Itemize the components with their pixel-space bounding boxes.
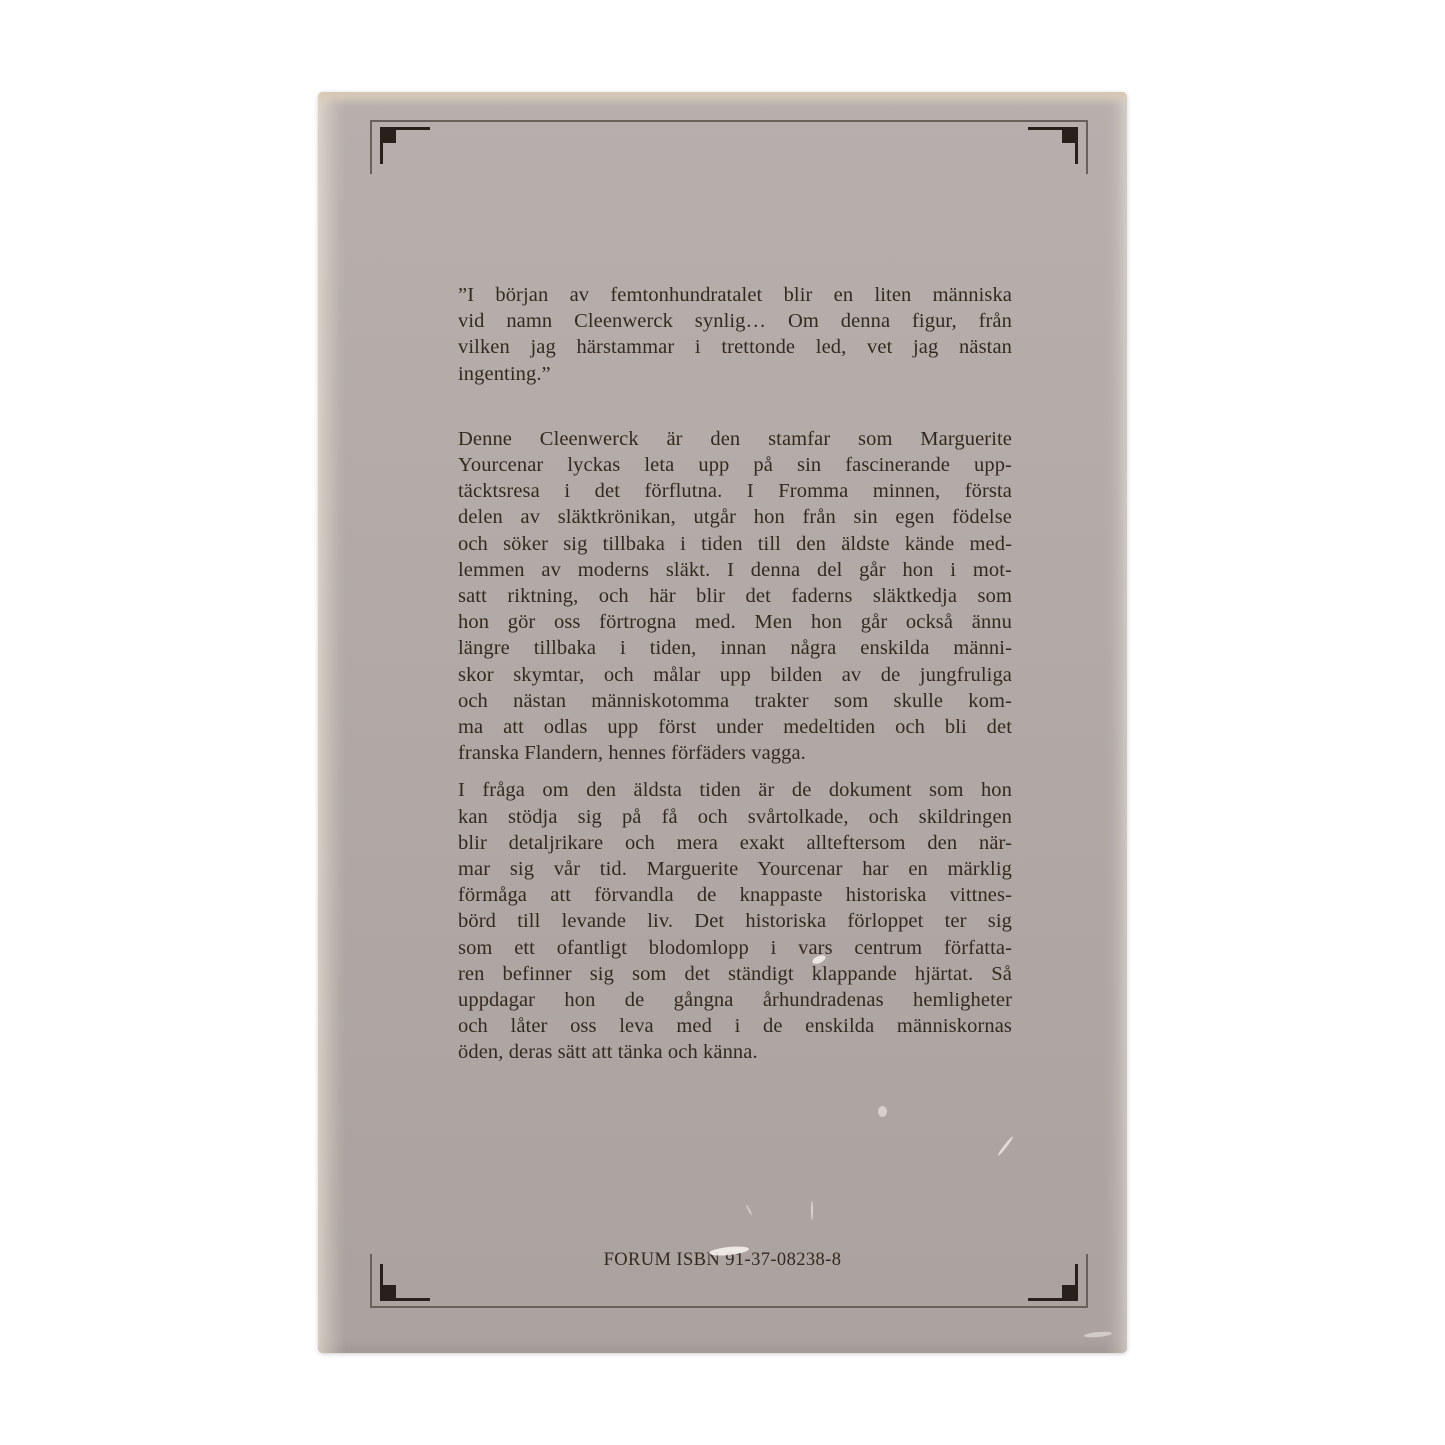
corner-stroke-horizontal xyxy=(1028,127,1062,130)
text-line: I fråga om den äldsta tiden är de dokume… xyxy=(458,777,1012,803)
text-line: ren befinner sig som det ständigt klappa… xyxy=(458,961,1012,987)
corner-stroke-vertical xyxy=(380,143,383,164)
text-line: Yourcenar lyckas leta upp på sin fascine… xyxy=(458,452,1012,478)
text-line: lemmen av moderns släkt. I denna del går… xyxy=(458,557,1012,583)
photo-background: ”I början av femtonhundratalet blir en l… xyxy=(0,0,1445,1445)
text-line: hon gör oss förtrogna med. Men hon går o… xyxy=(458,609,1012,635)
text-line: vid namn Cleenwerck synlig… Om denna fig… xyxy=(458,308,1012,334)
corner-stub-line xyxy=(1086,120,1088,174)
text-line: och låter oss leva med i de enskilda män… xyxy=(458,1013,1012,1039)
text-line: delen av släktkrönikan, utgår hon från s… xyxy=(458,504,1012,530)
text-line: börd till levande liv. Det historiska fö… xyxy=(458,908,1012,934)
frame-top-rule xyxy=(370,120,1088,122)
text-line: som ett ofantligt blodomlopp i vars cent… xyxy=(458,935,1012,961)
text-line: mar sig vår tid. Marguerite Yourcenar ha… xyxy=(458,856,1012,882)
text-line: skor skymtar, och målar upp bilden av de… xyxy=(458,662,1012,688)
corner-ornament-top-left xyxy=(370,120,424,174)
imprint-isbn-line: FORUM ISBN 91-37-08238-8 xyxy=(318,1250,1127,1271)
text-line: längre tillbaka i tiden, innan några ens… xyxy=(458,635,1012,661)
scuff-mark xyxy=(1084,1331,1112,1338)
corner-ornament-top-right xyxy=(1034,120,1088,174)
text-line: satt riktning, och här blir det faderns … xyxy=(458,583,1012,609)
scuff-mark xyxy=(745,1204,752,1216)
text-line: vilken jag härstammar i trettonde led, v… xyxy=(458,334,1012,360)
corner-stub-line xyxy=(370,120,372,174)
text-line: ingenting.” xyxy=(458,361,1012,387)
book-back-cover: ”I början av femtonhundratalet blir en l… xyxy=(318,92,1127,1353)
corner-square xyxy=(380,1285,396,1301)
corner-square xyxy=(380,127,396,143)
text-line: och nästan människotomma trakter som sku… xyxy=(458,688,1012,714)
text-line: Denne Cleenwerck är den stamfar som Marg… xyxy=(458,426,1012,452)
scuff-mark xyxy=(878,1106,887,1117)
jacket-copy-text-block: ”I början av femtonhundratalet blir en l… xyxy=(458,282,1012,1066)
text-line: franska Flandern, hennes förfäders vagga… xyxy=(458,740,1012,766)
text-line: blir detaljrikare och mera exakt allteft… xyxy=(458,830,1012,856)
corner-stroke-horizontal xyxy=(1028,1298,1062,1301)
corner-square xyxy=(1062,1285,1078,1301)
quote-paragraph: ”I början av femtonhundratalet blir en l… xyxy=(458,282,1012,387)
text-line: kan stödja sig på få och svårtolkade, oc… xyxy=(458,804,1012,830)
text-line: och söker sig tillbaka i tiden till den … xyxy=(458,531,1012,557)
corner-stroke-vertical xyxy=(1075,143,1078,164)
body-paragraph: Denne Cleenwerck är den stamfar som Marg… xyxy=(458,426,1012,767)
text-line: öden, deras sätt att tänka och känna. xyxy=(458,1039,1012,1065)
corner-square xyxy=(1062,127,1078,143)
text-line: förmåga att förvandla de knappaste histo… xyxy=(458,882,1012,908)
corner-stroke-horizontal xyxy=(396,127,430,130)
text-line: uppdagar hon de gångna århundradenas hem… xyxy=(458,987,1012,1013)
text-line: ma att odlas upp först under medeltiden … xyxy=(458,714,1012,740)
scuff-mark xyxy=(811,1201,813,1220)
body-paragraph: I fråga om den äldsta tiden är de dokume… xyxy=(458,777,1012,1065)
corner-stroke-horizontal xyxy=(396,1298,430,1301)
text-line: ”I början av femtonhundratalet blir en l… xyxy=(458,282,1012,308)
text-line: täcktsresa i det förflutna. I Fromma min… xyxy=(458,478,1012,504)
scuff-mark xyxy=(997,1136,1014,1157)
frame-bottom-rule xyxy=(370,1306,1088,1308)
